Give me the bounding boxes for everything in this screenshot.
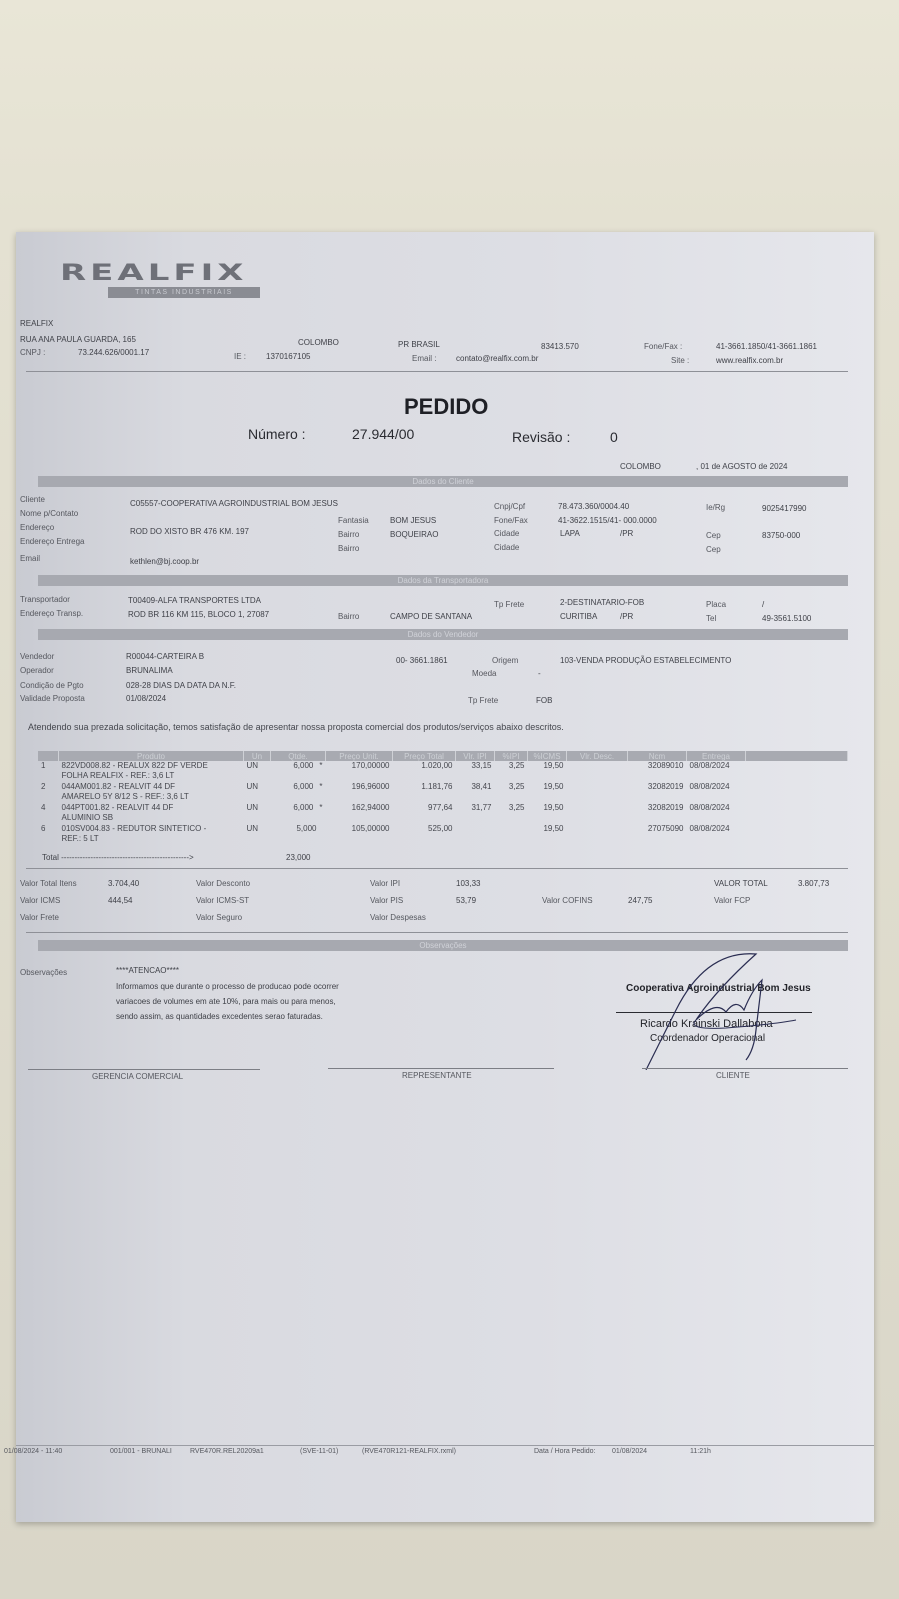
item-icms-pct: 19,50: [528, 803, 567, 824]
table-row: 4044PT001.82 - REALVIT 44 DFALUMINIO SBU…: [38, 803, 848, 824]
operator-value: BRUNALIMA: [126, 666, 173, 675]
item-product-line-1: 044PT001.82 - REALVIT 44 DF: [62, 803, 241, 813]
item-ipi-pct: 3,25: [495, 782, 528, 803]
item-total: 1.020,00: [393, 761, 456, 782]
client-label: Cliente: [20, 495, 45, 504]
fantasia-label: Fantasia: [338, 516, 369, 525]
company-ie-label: IE :: [234, 352, 246, 361]
company-site[interactable]: www.realfix.com.br: [716, 356, 783, 365]
freight-type: 2-DESTINATARIO-FOB: [560, 598, 644, 607]
item-unit: UN: [244, 782, 271, 803]
expenses-label: Valor Despesas: [370, 913, 426, 922]
item-total: 977,64: [393, 803, 456, 824]
item-unit: UN: [244, 761, 271, 782]
item-product-line-2: FOLHA REALFIX - REF.: 3,6 LT: [62, 771, 241, 781]
company-email[interactable]: contato@realfix.com.br: [456, 354, 538, 363]
item-qty: 5,000: [271, 824, 326, 845]
client-section-band: Dados do Cliente: [38, 476, 848, 487]
order-document: REALFIX TINTAS INDUSTRIAIS REALFIX RUA A…: [16, 232, 874, 1522]
item-discount: [567, 824, 628, 845]
plate-value: /: [762, 600, 764, 609]
item-ipi-pct: 3,25: [495, 761, 528, 782]
items-header-row: Produto Un Qtde. Preço Unit. Preço Total…: [38, 751, 848, 761]
item-ipi-pct: 3,25: [495, 803, 528, 824]
col-ipi-pct: %IPI: [495, 751, 528, 761]
item-qty: 6,000*: [271, 803, 326, 824]
item-total: 1.181,76: [393, 782, 456, 803]
item-blank: [746, 803, 848, 824]
col-index: [38, 751, 59, 761]
col-product: Produto: [59, 751, 244, 761]
item-unit-price: 162,94000: [326, 803, 393, 824]
grand-total-label: VALOR TOTAL: [714, 879, 768, 888]
footer-datetime: 01/08/2024 - 11:40: [4, 1448, 62, 1455]
footer-order-date: 01/08/2024: [612, 1448, 647, 1455]
ipi-value: 103,33: [456, 879, 480, 888]
item-icms-pct: 19,50: [528, 824, 567, 845]
plate-label: Placa: [706, 600, 726, 609]
col-ncm: Ncm: [628, 751, 687, 761]
freight-type-label: Tp Frete: [494, 600, 524, 609]
bairro-label: Bairro: [338, 530, 359, 539]
client-cnpj-label: Cnpj/Cpf: [494, 502, 525, 511]
item-discount: [567, 782, 628, 803]
item-index: 1: [38, 761, 59, 782]
col-blank: [746, 751, 848, 761]
currency-label: Moeda: [472, 669, 496, 678]
representante-label: REPRESENTANTE: [402, 1071, 472, 1080]
footer-version: (SVE-11-01): [300, 1448, 338, 1455]
company-cnpj: 73.244.626/0001.17: [78, 348, 149, 357]
item-qty-mark: *: [319, 761, 322, 770]
company-address: RUA ANA PAULA GUARDA, 165: [20, 335, 136, 344]
table-row: 2044AM001.82 - REALVIT 44 DFAMARELO 5Y 8…: [38, 782, 848, 803]
item-product-line-1: 010SV004.83 - REDUTOR SINTETICO -: [62, 824, 241, 834]
item-qty-mark: *: [319, 782, 322, 791]
item-product-line-1: 044AM001.82 - REALVIT 44 DF: [62, 782, 241, 792]
origin-label: Origem: [492, 656, 518, 665]
intro-text: Atendendo sua prezada solicitação, temos…: [28, 722, 564, 732]
operator-label: Operador: [20, 666, 54, 675]
item-blank: [746, 824, 848, 845]
client-city2-label: Cidade: [494, 543, 519, 552]
seller-phone: 00- 3661.1861: [396, 656, 448, 665]
items-total-label: Total ----------------------------------…: [42, 853, 194, 862]
icms-value: 444,54: [108, 896, 132, 905]
validity-label: Validade Proposta: [20, 694, 85, 703]
seller-value: R00044-CARTEIRA B: [126, 652, 204, 661]
fantasia-value: BOM JESUS: [390, 516, 436, 525]
item-product: 044PT001.82 - REALVIT 44 DFALUMINIO SB: [59, 803, 244, 824]
sales-freight-label: Tp Frete: [468, 696, 498, 705]
company-email-label: Email :: [412, 354, 436, 363]
discount-label: Valor Desconto: [196, 879, 250, 888]
item-discount: [567, 761, 628, 782]
address-label: Endereço: [20, 523, 54, 532]
payment-label: Condição de Pgto: [20, 681, 84, 690]
observation-line-3: variacoes de volumes em ate 10%, para ma…: [116, 997, 336, 1006]
item-ipi-value: 31,77: [456, 803, 495, 824]
company-state: PR BRASIL: [398, 340, 440, 349]
carrier-name: T00409-ALFA TRANSPORTES LTDA: [128, 596, 261, 605]
carrier-bairro: CAMPO DE SANTANA: [390, 612, 472, 621]
item-icms-pct: 19,50: [528, 761, 567, 782]
item-ipi-value: [456, 824, 495, 845]
company-ie: 1370167105: [266, 352, 311, 361]
freight-value-label: Valor Frete: [20, 913, 59, 922]
revision-value: 0: [610, 429, 618, 445]
client-phone: 41-3622.1515/41- 000.0000: [558, 516, 657, 525]
pis-value: 53,79: [456, 896, 476, 905]
currency-value: -: [538, 669, 541, 678]
item-total: 525,00: [393, 824, 456, 845]
transport-section-band: Dados da Transportadora: [38, 575, 848, 586]
pis-label: Valor PIS: [370, 896, 403, 905]
carrier-bairro-label: Bairro: [338, 612, 359, 621]
sales-section-band: Dados do Vendedor: [38, 629, 848, 640]
seller-label: Vendedor: [20, 652, 54, 661]
handwritten-signature: [616, 950, 816, 1070]
item-delivery: 08/08/2024: [687, 824, 746, 845]
carrier-uf: /PR: [620, 612, 633, 621]
observation-line-1: ****ATENCAO****: [116, 966, 179, 975]
col-unit: Un: [244, 751, 271, 761]
total-items-value: 3.704,40: [108, 879, 139, 888]
item-discount: [567, 803, 628, 824]
company-phone: 41-3661.1850/41-3661.1861: [716, 342, 817, 351]
item-qty: 6,000*: [271, 761, 326, 782]
carrier-city: CURITIBA: [560, 612, 597, 621]
carrier-address: ROD BR 116 KM 115, BLOCO 1, 27087: [128, 610, 269, 619]
client-uf: /PR: [620, 529, 633, 538]
item-product-line-2: REF.: 5 LT: [62, 834, 241, 844]
company-cnpj-label: CNPJ :: [20, 348, 45, 357]
bairro-value: BOQUEIRAO: [390, 530, 438, 539]
representante-signature-line: [328, 1068, 554, 1069]
client-cnpj: 78.473.360/0004.40: [558, 502, 629, 511]
client-city-label: Cidade: [494, 529, 519, 538]
item-ipi-pct: [495, 824, 528, 845]
client-address: ROD DO XISTO BR 476 KM. 197: [130, 527, 249, 536]
item-index: 2: [38, 782, 59, 803]
observations-label: Observações: [20, 968, 67, 977]
order-number: 27.944/00: [352, 426, 414, 442]
item-unit-price: 105,00000: [326, 824, 393, 845]
total-items-label: Valor Total Itens: [20, 879, 77, 888]
ipi-label: Valor IPI: [370, 879, 400, 888]
item-ipi-value: 33,15: [456, 761, 495, 782]
company-cep: 83413.570: [541, 342, 579, 351]
company-phone-label: Fone/Fax :: [644, 342, 682, 351]
item-blank: [746, 782, 848, 803]
observation-line-4: sendo assim, as quantidades excedentes s…: [116, 1012, 323, 1021]
item-product: 044AM001.82 - REALVIT 44 DFAMARELO 5Y 8/…: [59, 782, 244, 803]
col-total-price: Preço Total: [393, 751, 456, 761]
item-qty-value: 6,000: [293, 782, 313, 791]
footer-divider: [16, 1445, 874, 1446]
client-ie: 9025417990: [762, 504, 807, 513]
company-city: COLOMBO: [298, 338, 339, 347]
item-qty-value: 6,000: [293, 761, 313, 770]
validity-value: 01/08/2024: [126, 694, 166, 703]
footer-order-time: 11:21h: [690, 1448, 711, 1455]
client-name: C05557-COOPERATIVA AGROINDUSTRIAL BOM JE…: [130, 499, 338, 508]
logo-text: REALFIX: [60, 260, 247, 286]
item-product-line-1: 822VD008.82 - REALUX 822 DF VERDE: [62, 761, 241, 771]
item-index: 4: [38, 803, 59, 824]
carrier-label: Transportador: [20, 595, 70, 604]
client-email-label: Email: [20, 554, 40, 563]
client-email[interactable]: kethlen@bj.coop.br: [130, 557, 199, 566]
grand-total-value: 3.807,73: [798, 879, 829, 888]
client-phone-label: Fone/Fax: [494, 516, 528, 525]
footer-page-user: 001/001 - BRUNALI: [110, 1448, 172, 1455]
item-unit: UN: [244, 824, 271, 845]
observations-divider: [26, 932, 848, 933]
sales-freight-value: FOB: [536, 696, 552, 705]
header-divider: [26, 371, 848, 372]
item-qty-value: 5,000: [296, 824, 316, 833]
gerencia-label: GERENCIA COMERCIAL: [92, 1072, 183, 1081]
item-unit: UN: [244, 803, 271, 824]
client-city: LAPA: [560, 529, 580, 538]
col-icms-pct: %ICMS: [528, 751, 567, 761]
fcp-label: Valor FCP: [714, 896, 750, 905]
footer-xml: (RVE470R121-REALFIX.rxml): [362, 1448, 456, 1455]
item-index: 6: [38, 824, 59, 845]
cofins-label: Valor COFINS: [542, 896, 593, 905]
item-product: 010SV004.83 - REDUTOR SINTETICO -REF.: 5…: [59, 824, 244, 845]
item-blank: [746, 761, 848, 782]
order-place: COLOMBO: [620, 462, 661, 471]
payment-value: 028-28 DIAS DA DATA DA N.F.: [126, 681, 236, 690]
client-ie-label: Ie/Rg: [706, 503, 725, 512]
item-ncm: 32082019: [628, 782, 687, 803]
item-unit-price: 196,96000: [326, 782, 393, 803]
item-qty: 6,000*: [271, 782, 326, 803]
col-ipi-value: Vlr. IPI: [456, 751, 495, 761]
col-discount: Vlr. Desc.: [567, 751, 628, 761]
table-row: 1822VD008.82 - REALUX 822 DF VERDEFOLHA …: [38, 761, 848, 782]
items-total-qty: 23,000: [286, 853, 310, 862]
bairro2-label: Bairro: [338, 544, 359, 553]
item-qty-value: 6,000: [293, 803, 313, 812]
item-product-line-2: ALUMINIO SB: [62, 813, 241, 823]
logo-subtitle: TINTAS INDUSTRIAIS: [108, 287, 260, 298]
cliente-signature-line: [642, 1068, 848, 1069]
item-ncm: 32089010: [628, 761, 687, 782]
item-icms-pct: 19,50: [528, 782, 567, 803]
gerencia-signature-line: [28, 1069, 260, 1070]
observation-line-2: Informamos que durante o processo de pro…: [116, 982, 339, 991]
insurance-label: Valor Seguro: [196, 913, 242, 922]
item-delivery: 08/08/2024: [687, 761, 746, 782]
client-cep: 83750-000: [762, 531, 800, 540]
order-number-label: Número :: [248, 426, 306, 442]
revision-label: Revisão :: [512, 429, 570, 445]
item-ncm: 27075090: [628, 824, 687, 845]
col-delivery: Entrega: [687, 751, 746, 761]
item-delivery: 08/08/2024: [687, 782, 746, 803]
icms-label: Valor ICMS: [20, 896, 60, 905]
company-site-label: Site :: [671, 356, 689, 365]
footer-report: RVE470R.REL20209a1: [190, 1448, 264, 1455]
item-qty-mark: *: [319, 803, 322, 812]
cliente-label: CLIENTE: [716, 1071, 750, 1080]
totals-divider: [26, 868, 848, 869]
origin-value: 103-VENDA PRODUÇÃO ESTABELECIMENTO: [560, 656, 731, 665]
item-ncm: 32082019: [628, 803, 687, 824]
contact-label: Nome p/Contato: [20, 509, 78, 518]
carrier-address-label: Endereço Transp.: [20, 609, 83, 618]
cofins-value: 247,75: [628, 896, 652, 905]
item-product: 822VD008.82 - REALUX 822 DF VERDEFOLHA R…: [59, 761, 244, 782]
delivery-address-label: Endereço Entrega: [20, 537, 85, 546]
carrier-tel-label: Tel: [706, 614, 716, 623]
client-cep-label: Cep: [706, 531, 721, 540]
company-name: REALFIX: [20, 319, 53, 328]
item-product-line-2: AMARELO 5Y 8/12 S - REF.: 3,6 LT: [62, 792, 241, 802]
carrier-tel: 49-3561.5100: [762, 614, 811, 623]
page-title: PEDIDO: [404, 394, 488, 420]
item-ipi-value: 38,41: [456, 782, 495, 803]
order-date: , 01 de AGOSTO de 2024: [696, 462, 787, 471]
icms-st-label: Valor ICMS-ST: [196, 896, 249, 905]
col-qty: Qtde.: [271, 751, 326, 761]
col-unit-price: Preço Unit.: [326, 751, 393, 761]
items-table: Produto Un Qtde. Preço Unit. Preço Total…: [38, 751, 848, 845]
client-cep2-label: Cep: [706, 545, 721, 554]
realfix-logo: REALFIX TINTAS INDUSTRIAIS: [60, 260, 310, 300]
table-row: 6010SV004.83 - REDUTOR SINTETICO -REF.: …: [38, 824, 848, 845]
item-unit-price: 170,00000: [326, 761, 393, 782]
footer-order-label: Data / Hora Pedido:: [534, 1448, 595, 1455]
item-delivery: 08/08/2024: [687, 803, 746, 824]
